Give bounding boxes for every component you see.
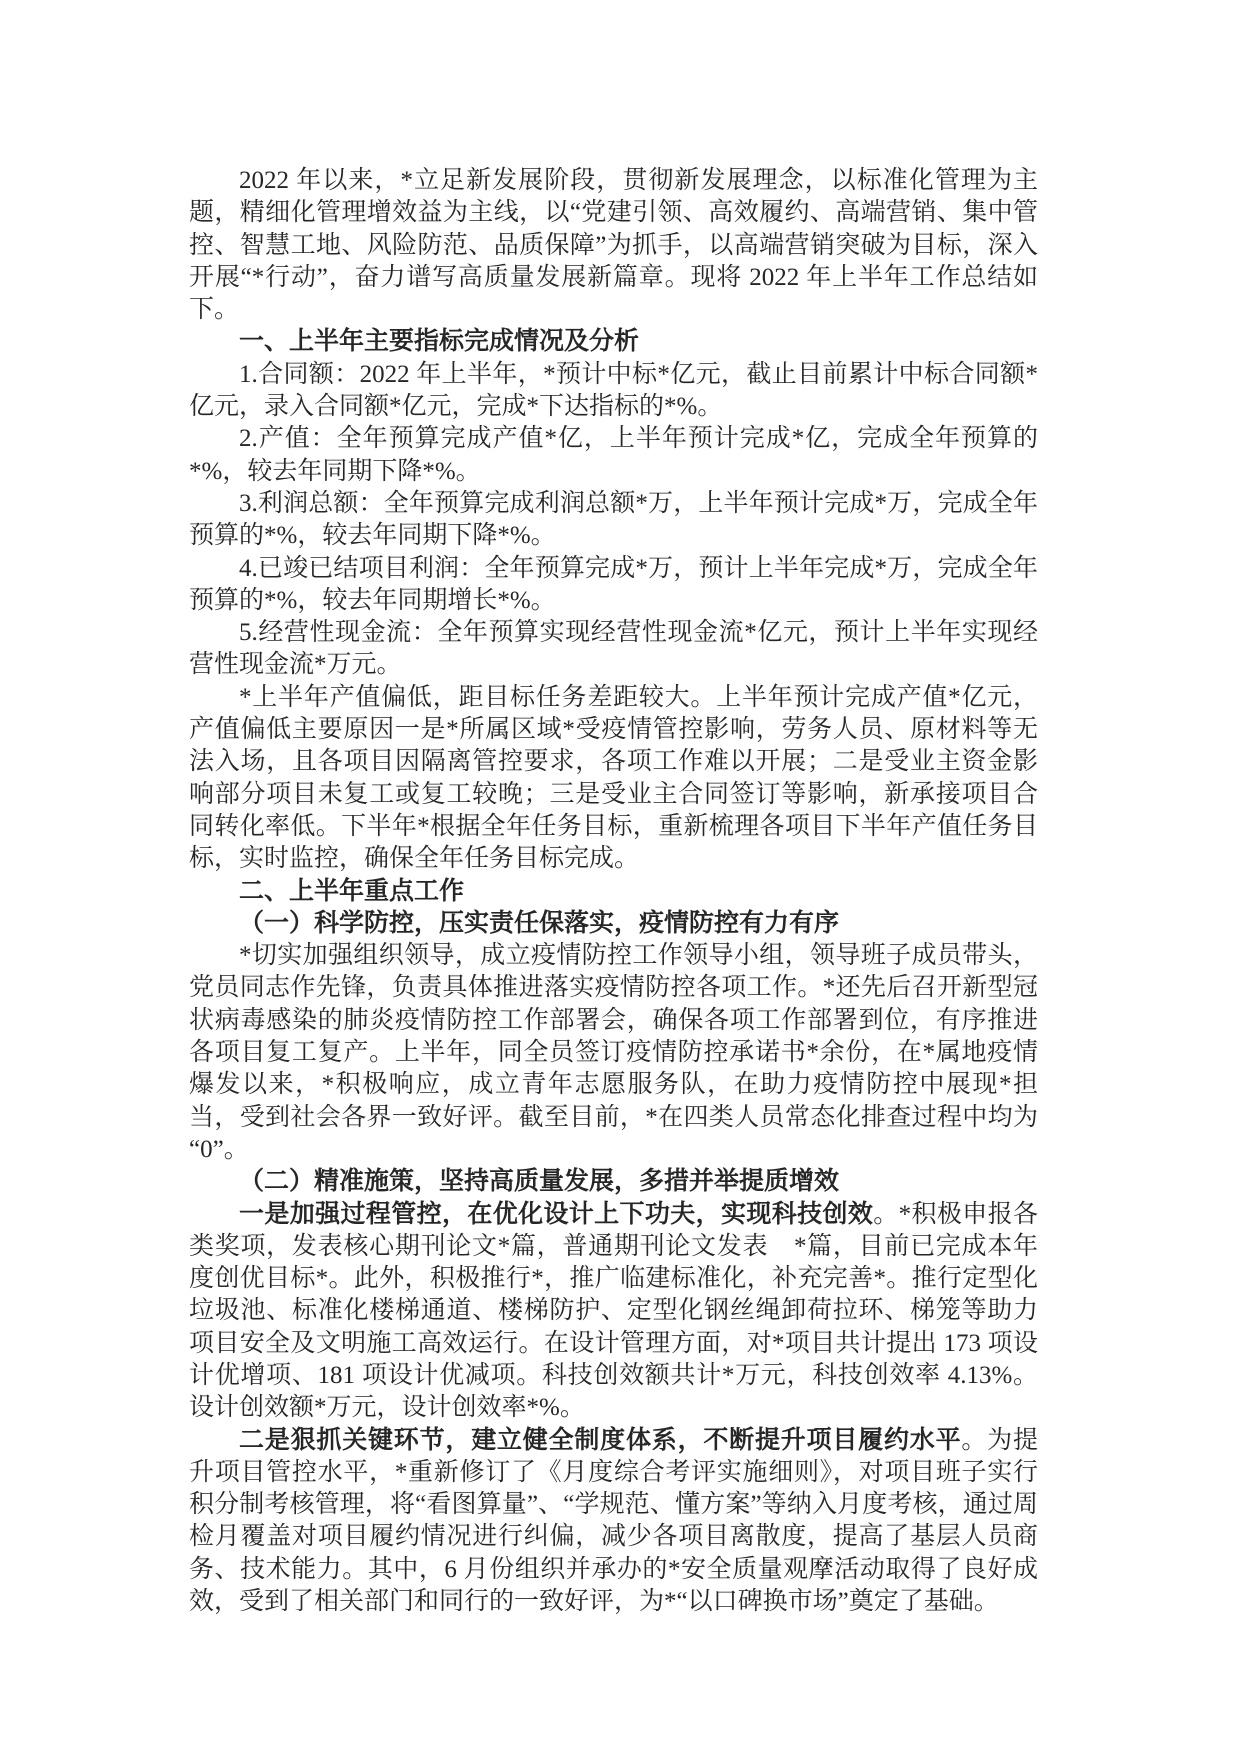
heading-section-1: 一、上半年主要指标完成情况及分析 [189, 326, 1038, 358]
paragraph-point-2: 二是狠抓关键环节，建立健全制度体系，不断提升项目履约水平。为提升项目管控水平，*… [189, 1425, 1038, 1619]
paragraph-epidemic-control: *切实加强组织领导，成立疫情防控工作领导小组，领导班子成员带头，党员同志作先锋，… [189, 940, 1038, 1166]
paragraph-item-completed-profit: 4.已竣已结项目利润：全年预算完成*万，预计上半年完成*万，完成全年预算的*%，… [189, 553, 1038, 618]
paragraph-point-1-lead: 一是加强过程管控，在优化设计上下功夫，实现科技创效 [239, 1201, 873, 1228]
paragraph-point-1: 一是加强过程管控，在优化设计上下功夫，实现科技创效。*积极申报各类奖项，发表核心… [189, 1199, 1038, 1425]
paragraph-item-profit: 3.利润总额：全年预算完成利润总额*万，上半年预计完成*万，完成全年预算的*%，… [189, 488, 1038, 553]
heading-subsection-2-1: （一）科学防控，压实责任保落实，疫情防控有力有序 [189, 908, 1038, 940]
heading-subsection-2-2: （二）精准施策，坚持高质量发展，多措并举提质增效 [189, 1166, 1038, 1198]
paragraph-intro: 2022 年以来，*立足新发展阶段，贯彻新发展理念，以标准化管理为主题，精细化管… [189, 165, 1038, 326]
paragraph-item-cashflow: 5.经营性现金流：全年预算实现经营性现金流*亿元，预计上半年实现经营性现金流*万… [189, 617, 1038, 682]
heading-section-2: 二、上半年重点工作 [189, 876, 1038, 908]
document-body: 2022 年以来，*立足新发展阶段，贯彻新发展理念，以标准化管理为主题，精细化管… [189, 165, 1038, 1618]
paragraph-point-2-rest: 。为提升项目管控水平，*重新修订了《月度综合考评实施细则》，对项目班子实行积分制… [189, 1427, 1038, 1615]
document-page: 2022 年以来，*立足新发展阶段，贯彻新发展理念，以标准化管理为主题，精细化管… [0, 0, 1240, 1754]
paragraph-item-contract: 1.合同额：2022 年上半年，*预计中标*亿元，截止目前累计中标合同额*亿元，… [189, 359, 1038, 424]
paragraph-item-output: 2.产值：全年预算完成产值*亿，上半年预计完成*亿，完成全年预算的*%，较去年同… [189, 423, 1038, 488]
paragraph-analysis: *上半年产值偏低，距目标任务差距较大。上半年预计完成产值*亿元，产值偏低主要原因… [189, 682, 1038, 876]
paragraph-point-1-rest: 。*积极申报各类奖项，发表核心期刊论文*篇，普通期刊论文发表 *篇，目前已完成本… [189, 1201, 1038, 1422]
paragraph-point-2-lead: 二是狠抓关键环节，建立健全制度体系，不断提升项目履约水平 [239, 1427, 961, 1454]
